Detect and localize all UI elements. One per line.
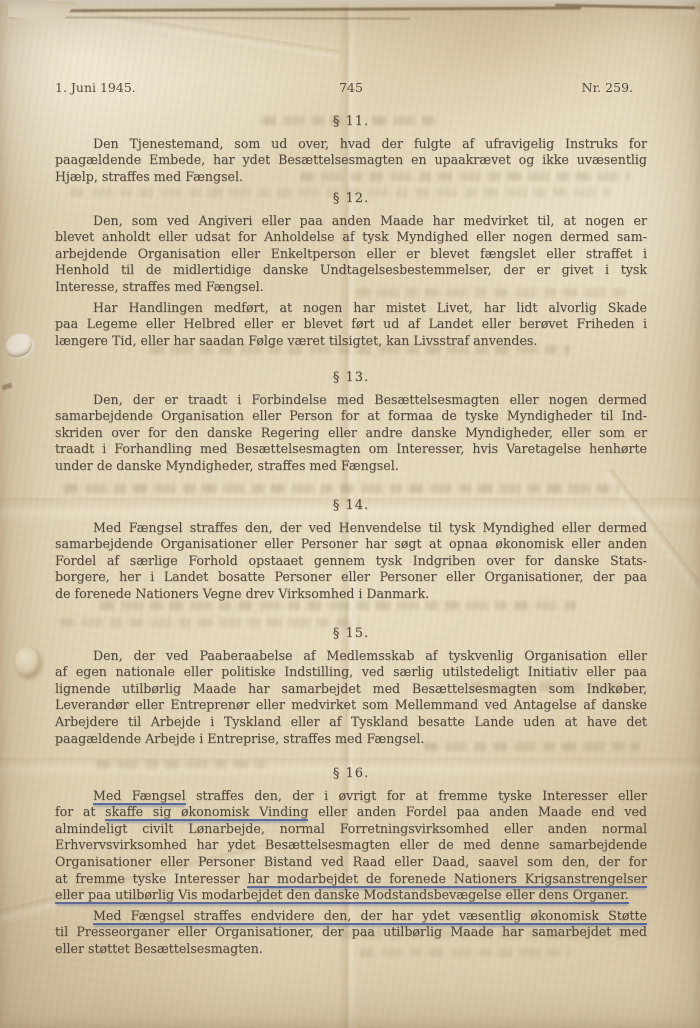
blue-pencil-underline: eller paa utilbørlig Vis modarbejdet den… xyxy=(55,887,629,904)
text-line: af egen nationale eller politiske Indsti… xyxy=(55,664,647,681)
text-line: Med Fængsel straffes den, der ved Henven… xyxy=(55,520,647,537)
text-line: Henhold til de midlertidige danske Undta… xyxy=(55,262,647,279)
text-segment: for at xyxy=(55,804,105,819)
text-segment: samarbejdende Organisation eller Person … xyxy=(55,408,647,423)
text-segment: Den, der er traadt i Forbindelse med Bes… xyxy=(93,392,647,407)
text-line: eller paa utilbørlig Vis modarbejdet den… xyxy=(55,887,647,904)
text-segment: borgere, her i Landet bosatte Personer e… xyxy=(55,569,647,584)
text-line: samarbejdende Organisation eller Person … xyxy=(55,408,647,425)
section-16: § 16.Med Fængsel straffes den, der i øvr… xyxy=(55,766,647,958)
text-segment: traadt i Forhandling med Besættelsesmagt… xyxy=(55,441,647,456)
paragraph: Den, der er traadt i Forbindelse med Bes… xyxy=(55,392,647,475)
section-heading: § 12. xyxy=(55,191,647,208)
text-line: Har Handlingen medført, at nogen har mis… xyxy=(55,300,647,317)
blue-pencil-underline: skaffe sig økonomisk Vinding xyxy=(105,804,308,821)
blue-pencil-underline: Med Fængsel xyxy=(93,788,186,805)
paragraph: Den, som ved Angiveri eller paa anden Ma… xyxy=(55,213,647,296)
text-line: for at skaffe sig økonomisk Vinding elle… xyxy=(55,804,647,821)
text-line: borgere, her i Landet bosatte Personer e… xyxy=(55,569,647,586)
section-11: § 11.Den Tjenestemand, som ud over, hvad… xyxy=(55,114,647,185)
paragraph: Med Fængsel straffes den, der i øvrigt f… xyxy=(55,788,647,904)
text-line: almindeligt civilt Lønarbejde, normal Fo… xyxy=(55,821,647,838)
text-segment: eller anden Fordel paa anden Maade end v… xyxy=(308,804,647,819)
text-segment: straffes den, der i øvrigt for at fremme… xyxy=(186,788,647,803)
text-line: Erhvervsvirksomhed har ydet Besættelsesm… xyxy=(55,837,647,854)
text-line: Hjælp, straffes med Fængsel. xyxy=(55,169,647,186)
text-line: til Presseorganer eller Organisationer, … xyxy=(55,924,647,941)
text-line: Den, der ved Paaberaabelse af Medlemsska… xyxy=(55,648,647,665)
text-line: paa Legeme eller Helbred eller er blevet… xyxy=(55,316,647,333)
text-line: arbejdende Organisation eller Enkeltpers… xyxy=(55,246,647,263)
text-segment: at fremme tyske Interesser xyxy=(55,871,247,886)
scanned-document-page: 1. Juni 1945. 745 Nr. 259. § 11.Den Tjen… xyxy=(0,0,700,1028)
text-line: Den Tjenestemand, som ud over, hvad der … xyxy=(55,136,647,153)
text-line: under de danske Myndigheder, straffes me… xyxy=(55,458,647,475)
text-segment: Organisationer eller Personer Bistand ve… xyxy=(55,854,647,869)
text-line: traadt i Forhandling med Besættelsesmagt… xyxy=(55,441,647,458)
text-segment: samarbejdende Organisationer eller Perso… xyxy=(55,536,647,551)
text-segment: Fordel af særlige Forhold opstaaet genne… xyxy=(55,553,647,568)
section-13: § 13.Den, der er traadt i Forbindelse me… xyxy=(55,370,647,475)
text-segment: eller støttet Besættelsesmagten. xyxy=(55,941,263,956)
text-segment: arbejdende Organisation eller Enkeltpers… xyxy=(55,246,647,261)
text-line: Med Fængsel straffes den, der i øvrigt f… xyxy=(55,788,647,805)
text-line: Fordel af særlige Forhold opstaaet genne… xyxy=(55,553,647,570)
text-line: skriden over for den danske Regering ell… xyxy=(55,425,647,442)
text-segment: til Presseorganer eller Organisationer, … xyxy=(55,924,647,939)
text-line: blevet anholdt eller udsat for Anholdels… xyxy=(55,229,647,246)
text-segment: Med Fængsel straffes den, der ved Henven… xyxy=(93,520,647,535)
text-segment: Arbejdere til Arbejde i Tyskland eller a… xyxy=(55,714,647,729)
section-15: § 15.Den, der ved Paaberaabelse af Medle… xyxy=(55,626,647,747)
text-segment: skriden over for den danske Regering ell… xyxy=(55,425,647,440)
paragraph: Har Handlingen medført, at nogen har mis… xyxy=(55,300,647,350)
blue-pencil-underline: har modarbejdet de forenede Nationers Kr… xyxy=(247,871,647,888)
section-heading: § 13. xyxy=(55,370,647,387)
document-body: § 11.Den Tjenestemand, som ud over, hvad… xyxy=(0,0,700,1028)
section-12: § 12.Den, som ved Angiveri eller paa and… xyxy=(55,191,647,349)
text-segment: paa Legeme eller Helbred eller er blevet… xyxy=(55,316,647,331)
text-line: de forenede Nationers Vegne drev Virksom… xyxy=(55,586,647,603)
paragraph: Med Fængsel straffes den, der ved Henven… xyxy=(55,520,647,603)
section-14: § 14.Med Fængsel straffes den, der ved H… xyxy=(55,498,647,603)
text-line: Interesse, straffes med Fængsel. xyxy=(55,279,647,296)
text-segment: længere Tid, eller har saadan Følge være… xyxy=(55,333,537,348)
text-line: Den, der er traadt i Forbindelse med Bes… xyxy=(55,392,647,409)
text-segment: lignende utilbørlig Maade har samarbejde… xyxy=(55,681,647,696)
paragraph: Med Fængsel straffes endvidere den, der … xyxy=(55,908,647,958)
text-line: længere Tid, eller har saadan Følge være… xyxy=(55,333,647,350)
text-line: Den, som ved Angiveri eller paa anden Ma… xyxy=(55,213,647,230)
text-segment: paagældende Embede, har ydet Besættelses… xyxy=(55,152,647,167)
text-line: paagældende Embede, har ydet Besættelses… xyxy=(55,152,647,169)
paragraph: Den, der ved Paaberaabelse af Medlemsska… xyxy=(55,648,647,748)
text-segment: Den, som ved Angiveri eller paa anden Ma… xyxy=(93,213,647,228)
text-line: at fremme tyske Interesser har modarbejd… xyxy=(55,871,647,888)
section-heading: § 15. xyxy=(55,626,647,643)
text-segment: Hjælp, straffes med Fængsel. xyxy=(55,169,243,184)
paragraph: Den Tjenestemand, som ud over, hvad der … xyxy=(55,136,647,186)
text-line: Organisationer eller Personer Bistand ve… xyxy=(55,854,647,871)
text-line: lignende utilbørlig Maade har samarbejde… xyxy=(55,681,647,698)
text-segment: Den, der ved Paaberaabelse af Medlemsska… xyxy=(93,648,647,663)
text-segment: Har Handlingen medført, at nogen har mis… xyxy=(93,300,647,315)
section-heading: § 16. xyxy=(55,766,647,783)
blue-pencil-underline: Med Fængsel straffes endvidere den, der … xyxy=(93,908,647,925)
text-segment: Henhold til de midlertidige danske Undta… xyxy=(55,262,647,277)
text-line: eller støttet Besættelsesmagten. xyxy=(55,941,647,958)
text-segment: Leverandør eller Entreprenør eller medvi… xyxy=(55,697,647,712)
text-segment: de forenede Nationers Vegne drev Virksom… xyxy=(55,586,429,601)
text-line: Med Fængsel straffes endvidere den, der … xyxy=(55,908,647,925)
text-line: samarbejdende Organisationer eller Perso… xyxy=(55,536,647,553)
text-segment: under de danske Myndigheder, straffes me… xyxy=(55,458,399,473)
text-segment: Den Tjenestemand, som ud over, hvad der … xyxy=(93,136,647,151)
section-heading: § 14. xyxy=(55,498,647,515)
text-line: paagældende Arbejde i Entreprise, straff… xyxy=(55,731,647,748)
text-segment: Interesse, straffes med Fængsel. xyxy=(55,279,264,294)
text-segment: almindeligt civilt Lønarbejde, normal Fo… xyxy=(55,821,647,836)
text-line: Leverandør eller Entreprenør eller medvi… xyxy=(55,697,647,714)
section-heading: § 11. xyxy=(55,114,647,131)
text-segment: af egen nationale eller politiske Indsti… xyxy=(55,664,647,679)
text-line: Arbejdere til Arbejde i Tyskland eller a… xyxy=(55,714,647,731)
text-segment: blevet anholdt eller udsat for Anholdels… xyxy=(55,229,647,244)
text-segment: paagældende Arbejde i Entreprise, straff… xyxy=(55,731,424,746)
text-segment: Erhvervsvirksomhed har ydet Besættelsesm… xyxy=(55,837,647,852)
